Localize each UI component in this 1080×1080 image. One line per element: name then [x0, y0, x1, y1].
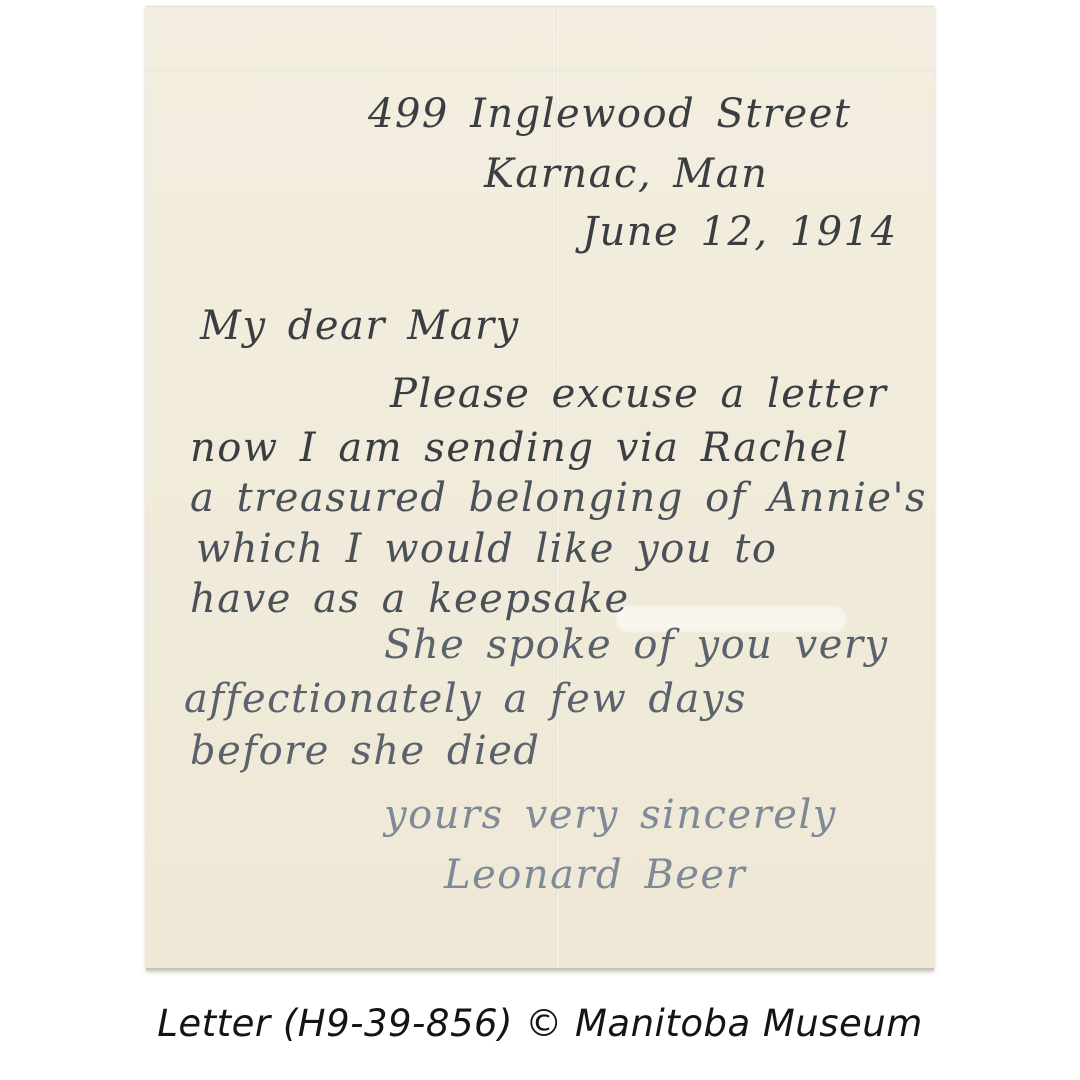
body-line: which I would like you to	[196, 527, 777, 571]
horizontal-crease	[146, 70, 934, 73]
signature-line: Leonard Beer	[444, 853, 746, 897]
address-line-1: 499 Inglewood Street	[368, 92, 851, 136]
caption: Letter (H9-39-856) © Manitoba Museum	[146, 1002, 934, 1045]
closing-line: yours very sincerely	[384, 793, 837, 837]
letter-scan-figure: 499 Inglewood Street Karnac, Man June 12…	[146, 0, 934, 1045]
address-line-2: Karnac, Man	[484, 152, 768, 196]
salutation-line: My dear Mary	[200, 304, 520, 348]
body-line: before she died	[190, 729, 541, 773]
caption-text: Letter (H9-39-856) © Manitoba Museum	[157, 1002, 923, 1045]
body-line: affectionately a few days	[184, 677, 747, 721]
date-line: June 12, 1914	[582, 210, 898, 254]
body-line: a treasured belonging of Annie's	[190, 476, 927, 520]
body-line: Please excuse a letter	[390, 372, 887, 416]
body-line: She spoke of you very	[384, 623, 889, 667]
scan-page: 499 Inglewood Street Karnac, Man June 12…	[0, 0, 1080, 1080]
body-line: now I am sending via Rachel	[190, 426, 849, 470]
letter-paper: 499 Inglewood Street Karnac, Man June 12…	[146, 6, 934, 970]
body-line: have as a keepsake	[190, 577, 630, 621]
